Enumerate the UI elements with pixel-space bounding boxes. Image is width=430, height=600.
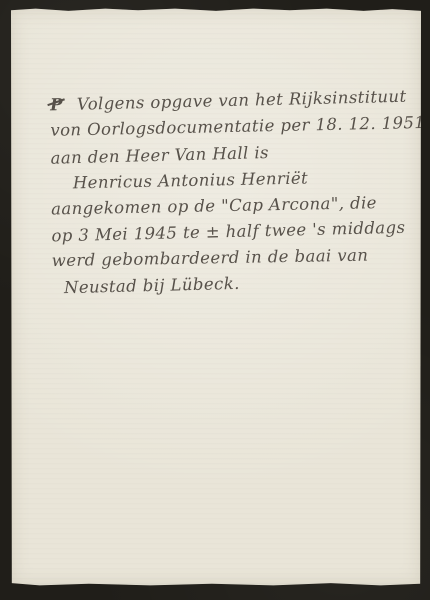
paper-sheet: PVolgens opgave van het Rijksinstituut v… — [11, 8, 421, 586]
line-text: Henricus Antonius Henriët — [73, 169, 309, 193]
line-text: werd gebombardeerd in de baai van — [52, 246, 369, 271]
line-text: von Oorlogsdocumentatie per 18. 12. 1951 — [50, 113, 425, 140]
line-text: aan den Heer Van Hall is — [50, 143, 269, 168]
handwriting-block: PVolgens opgave van het Rijksinstituut v… — [50, 86, 412, 298]
line-text: Neustad bij Lübeck. — [64, 274, 240, 297]
line-text: op 3 Mei 1945 te ± half twee 's middags — [51, 218, 405, 246]
paraph-mark: P — [50, 92, 63, 117]
line-text: Volgens opgave van het Rijksinstituut — [77, 87, 407, 114]
line-text: aangekomen op de "Cap Arcona", die — [51, 193, 377, 218]
